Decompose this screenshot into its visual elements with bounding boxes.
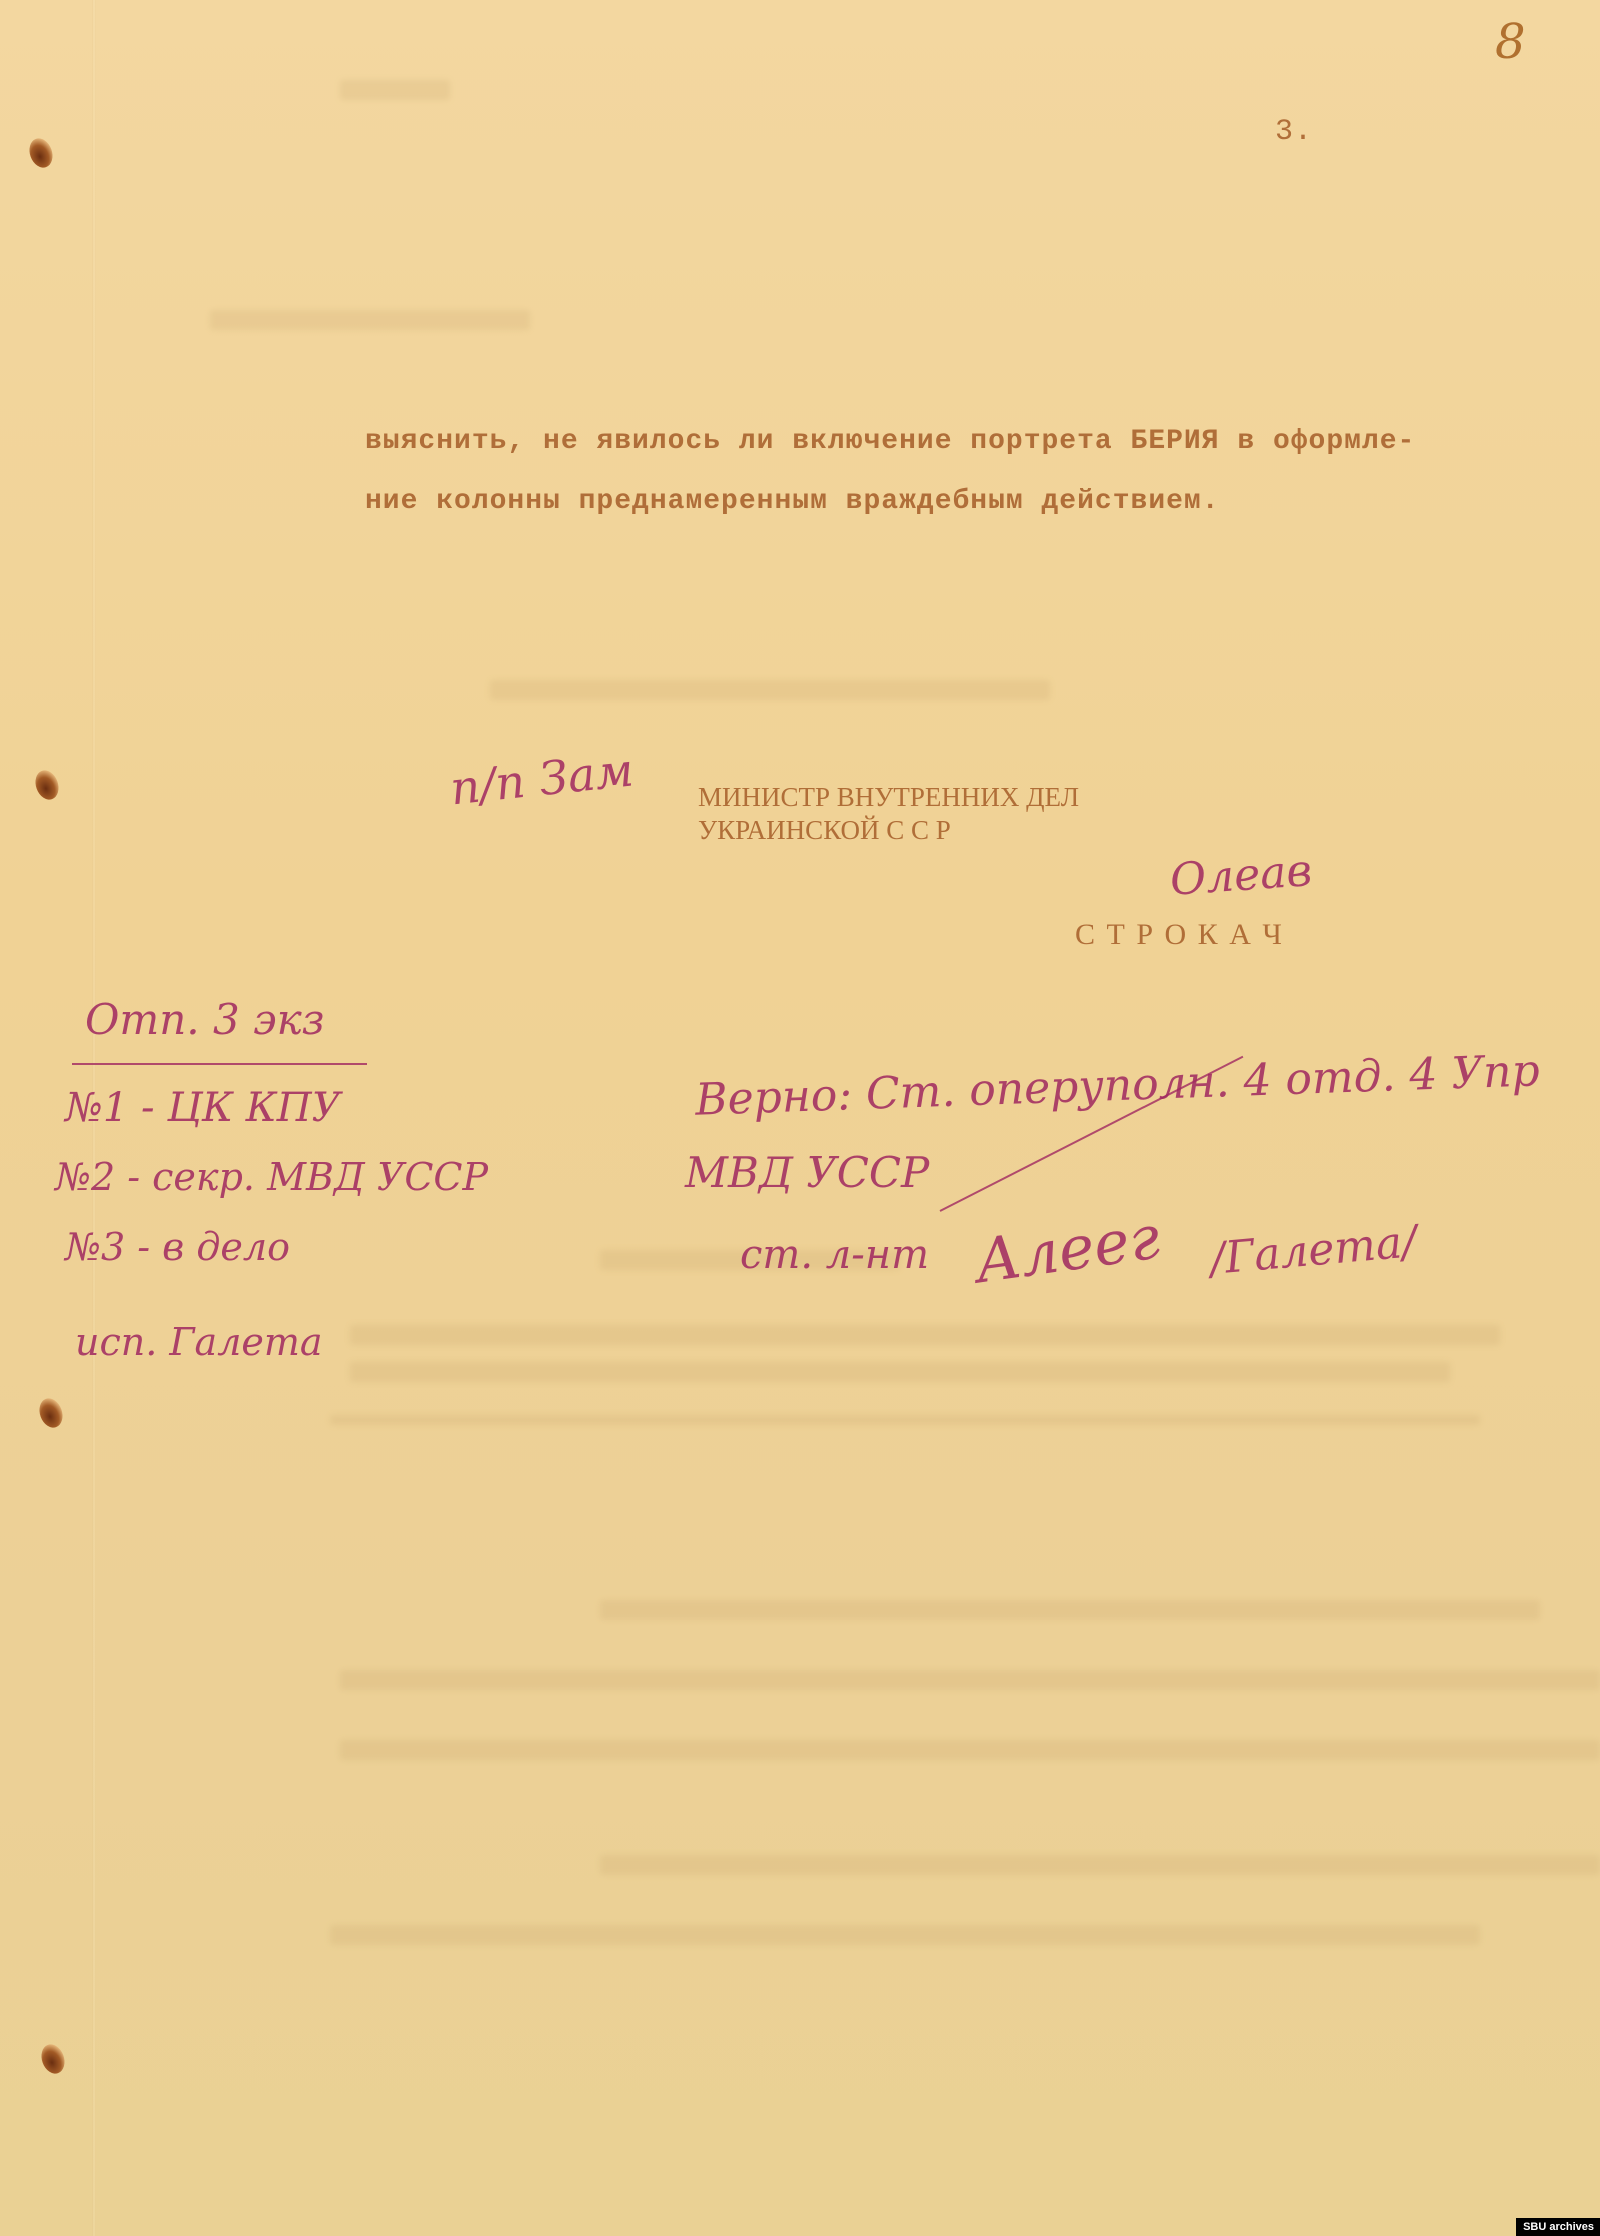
punch-hole xyxy=(26,135,57,171)
archive-page-number: 8 xyxy=(1495,14,1526,70)
signatory-title-line-2: УКРАИНСКОЙ С С Р xyxy=(698,815,951,846)
bleed-through-text xyxy=(350,1362,1450,1382)
distribution-item: №1 - ЦК КПУ xyxy=(65,1085,341,1131)
certification-signature-name: /Галета/ xyxy=(1208,1216,1419,1285)
bleed-through-text xyxy=(600,1600,1540,1620)
signatory-name: С Т Р О К А Ч xyxy=(1075,918,1284,952)
certification-line-1: Верно: Ст. оперуполн. 4 отд. 4 Упр xyxy=(694,1045,1540,1125)
signatory-title-line-1: МИНИСТР ВНУТРЕННИХ ДЕЛ xyxy=(698,782,1079,813)
punch-hole xyxy=(36,1395,67,1431)
punch-hole xyxy=(38,2041,69,2077)
distribution-executor: исп. Галета xyxy=(75,1320,323,1364)
typed-page-number: 3. xyxy=(1275,115,1313,149)
distribution-item: №2 - секр. МВД УССР xyxy=(55,1155,488,1199)
handwritten-deputy-prefix: п/п Зам xyxy=(448,743,636,816)
body-line: выяснить, не явилось ли включение портре… xyxy=(365,426,1415,457)
certification-signature-mark: Алеег xyxy=(971,1202,1164,1297)
body-line: ние колонны преднамеренным враждебным де… xyxy=(365,486,1220,517)
bleed-through-text xyxy=(210,310,530,330)
distribution-item: №3 - в дело xyxy=(65,1225,290,1269)
bleed-through-text xyxy=(600,1855,1600,1875)
distribution-header: Отп. 3 экз xyxy=(85,995,325,1044)
distribution-underline xyxy=(72,1063,367,1065)
bleed-through-text xyxy=(330,1925,1480,1945)
certification-rank: ст. л-нт xyxy=(740,1232,929,1278)
signatory-signature: Олеав xyxy=(1168,845,1313,906)
bleed-through-text xyxy=(340,1740,1600,1760)
source-watermark: SBU archives xyxy=(1516,2218,1600,2236)
certification-line-2: МВД УССР xyxy=(685,1148,929,1197)
bleed-through-text xyxy=(350,1325,1500,1345)
bleed-through-text xyxy=(330,1415,1480,1425)
bleed-through-text xyxy=(340,1670,1600,1690)
punch-hole xyxy=(32,767,63,803)
bleed-through-text xyxy=(340,80,450,100)
bleed-through-text xyxy=(490,680,1050,700)
